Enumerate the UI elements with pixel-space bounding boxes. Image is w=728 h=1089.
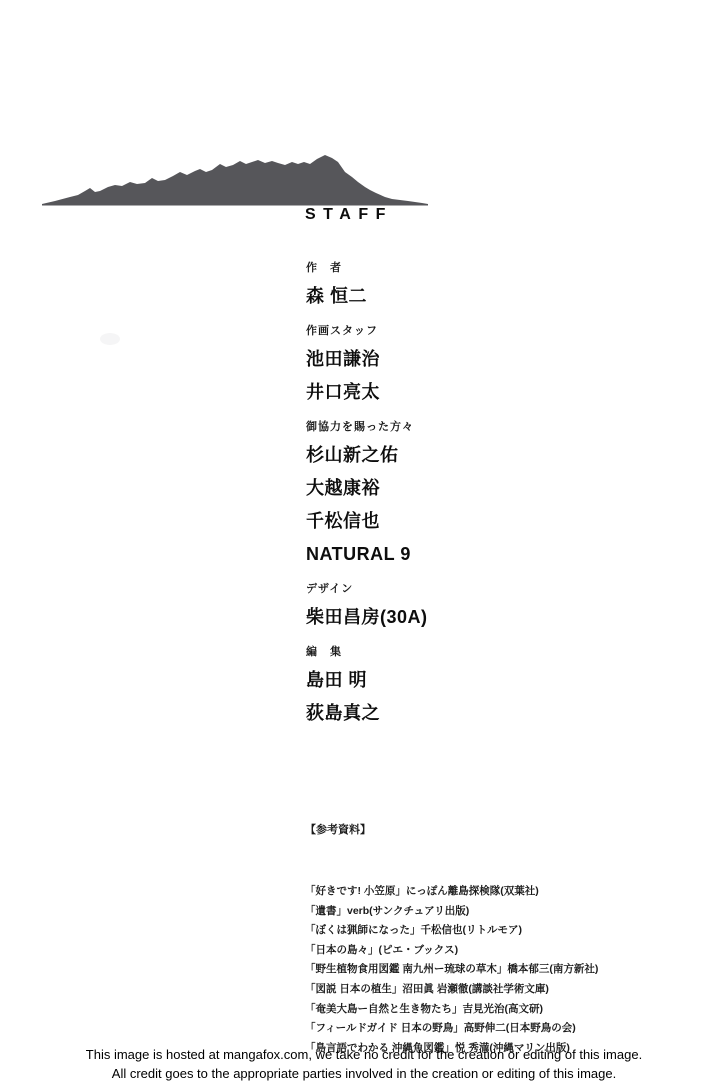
references-heading: 【参考資料】 [305, 824, 598, 837]
reference-item: 「フィールドガイド 日本の野鳥」高野伸二(日本野鳥の会) [305, 1019, 598, 1039]
staff-heading: STAFF [305, 206, 393, 224]
references-list: 「好きです! 小笠原」にっぽん離島探検隊(双葉社)「遺書」verb(サンクチュア… [305, 882, 598, 1058]
hosting-disclaimer: This image is hosted at mangafox.com, we… [0, 1046, 728, 1083]
reference-item: 「野生植物食用図鑑 南九州ー琉球の草木」橋本郁三(南方新社) [305, 960, 598, 980]
manga-credits-page: STAFF 作 者森 恒二作画スタッフ池田謙治井口亮太御協力を賜った方々杉山新之… [0, 0, 728, 1089]
staff-role-label: 作 者 [306, 262, 428, 274]
reference-item: 「ぼくは猟師になった」千松信也(リトルモア) [305, 921, 598, 941]
reference-item: 「奄美大島ー自然と生き物たち」吉見光治(高文研) [305, 1000, 598, 1020]
reference-item: 「図説 日本の植生」沼田眞 岩瀬徹(講談社学術文庫) [305, 980, 598, 1000]
staff-role-label: デザイン [306, 583, 428, 595]
scan-smudge [100, 333, 120, 345]
staff-member-name: 荻島真之 [306, 704, 428, 722]
staff-member-name: 千松信也 [306, 512, 428, 530]
staff-member-name: 柴田昌房(30A) [306, 608, 428, 626]
staff-role-label: 編 集 [306, 646, 428, 658]
reference-item: 「遺書」verb(サンクチュアリ出版) [305, 902, 598, 922]
staff-member-name: 杉山新之佑 [306, 446, 428, 464]
mountain-silhouette-icon [40, 147, 430, 207]
staff-member-name: 井口亮太 [306, 383, 428, 401]
staff-member-name: 大越康裕 [306, 479, 428, 497]
staff-list: 作 者森 恒二作画スタッフ池田謙治井口亮太御協力を賜った方々杉山新之佑大越康裕千… [306, 262, 428, 722]
staff-member-name: NATURAL 9 [306, 545, 428, 563]
staff-role-label: 作画スタッフ [306, 325, 428, 337]
hosting-disclaimer-line2: All credit goes to the appropriate parti… [0, 1065, 728, 1084]
staff-role-label: 御協力を賜った方々 [306, 421, 428, 433]
reference-item: 「好きです! 小笠原」にっぽん離島探検隊(双葉社) [305, 882, 598, 902]
staff-member-name: 島田 明 [306, 671, 428, 689]
references-block: 【参考資料】 「好きです! 小笠原」にっぽん離島探検隊(双葉社)「遺書」verb… [305, 788, 598, 1089]
mountain-silhouette-graphic [40, 147, 430, 207]
staff-member-name: 森 恒二 [306, 287, 428, 305]
staff-member-name: 池田謙治 [306, 350, 428, 368]
hosting-disclaimer-line1: This image is hosted at mangafox.com, we… [0, 1046, 728, 1065]
reference-item: 「日本の島々」(ピエ・ブックス) [305, 941, 598, 961]
